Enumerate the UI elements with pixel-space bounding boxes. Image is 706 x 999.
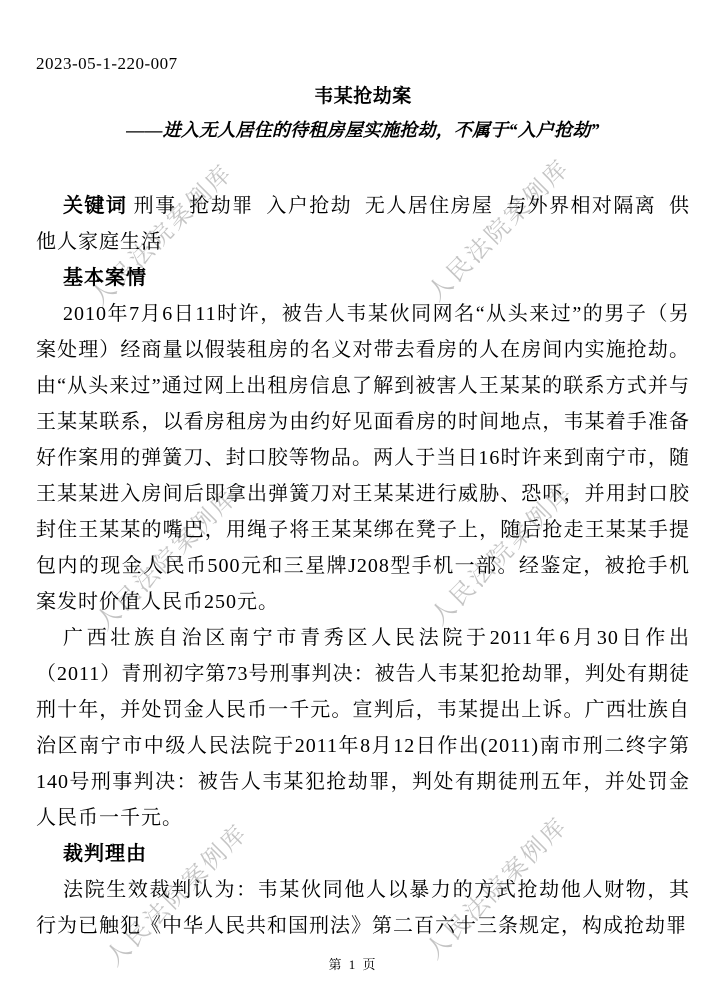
keywords-terms: 刑事 抢劫罪 入户抢劫 无人居住房屋 与外界相对隔离 供他人家庭生活 <box>36 195 690 253</box>
basic-facts-paragraph-1: 2010年7月6日11时许，被告人韦某伙同网名“从头来过”的男子（另案处理）经商… <box>36 296 690 620</box>
section-heading-judgment-reasons: 裁判理由 <box>36 836 690 872</box>
keywords-label: 关键词 <box>63 195 127 217</box>
document-page: 人民法院案例库 人民法院案例库 人民法院案例库 人民法院案例库 人民法院案例库 … <box>0 0 706 999</box>
judgment-reasons-paragraph-1: 法院生效裁判认为：韦某伙同他人以暴力的方式抢劫他人财物，其行为已触犯《中华人民共… <box>36 872 690 944</box>
page-subtitle: ——进入无人居住的待租房屋实施抢劫，不属于“入户抢劫” <box>36 117 690 143</box>
basic-facts-paragraph-2: 广西壮族自治区南宁市青秀区人民法院于2011年6月30日作出（2011）青刑初字… <box>36 620 690 836</box>
document-content: 2023-05-1-220-007 韦某抢劫案 ——进入无人居住的待租房屋实施抢… <box>0 0 706 944</box>
section-heading-basic-facts: 基本案情 <box>36 260 690 296</box>
page-title: 韦某抢劫案 <box>36 83 690 111</box>
keywords-line: 关键词 刑事 抢劫罪 入户抢劫 无人居住房屋 与外界相对隔离 供他人家庭生活 <box>36 188 690 260</box>
page-number: 第 1 页 <box>0 954 706 973</box>
doc-number: 2023-05-1-220-007 <box>36 53 690 75</box>
